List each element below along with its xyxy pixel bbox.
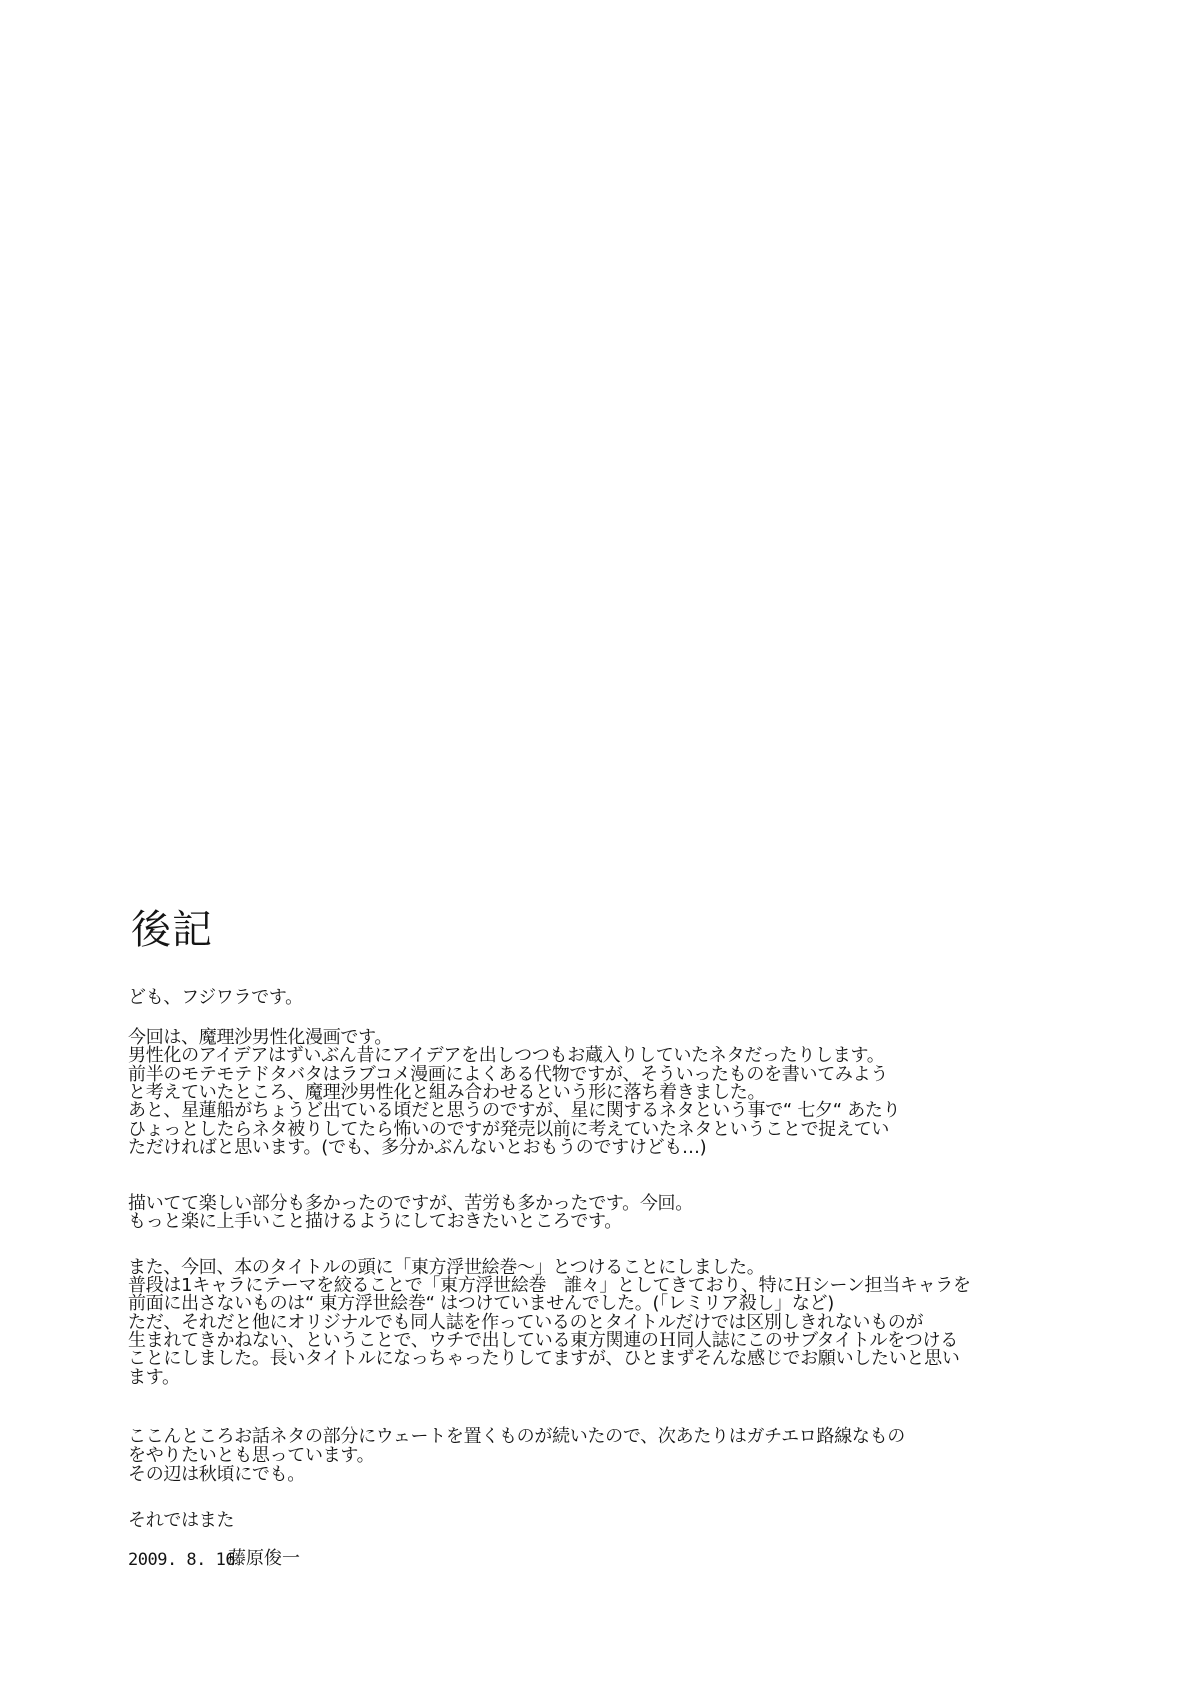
text-line: ます。 [128, 1368, 180, 1388]
author-signature: 藤原俊一 [228, 1549, 300, 1569]
text-line: ここんところお話ネタの部分にウェートを置くものが続いたので、次あたりはガチエロ路… [128, 1427, 905, 1447]
page-title: 後記 [131, 904, 213, 956]
text-line: 男性化のアイデアはずいぶん昔にアイデアを出しつつもお蔵入りしていたネタだったりし… [128, 1046, 884, 1066]
text-line: ただければと思います。(でも、多分かぶんないとおもうのですけども…) [128, 1138, 706, 1158]
greeting-line: ども、フジワラです。 [128, 988, 303, 1008]
date: 2009. 8. 16 [128, 1550, 235, 1570]
text-line: あと、星蓮船がちょうど出ている頃だと思うのですが、星に関するネタという事で“ 七… [128, 1101, 900, 1121]
text-line: もっと楽に上手いこと描けるようにしておきたいところです。 [128, 1212, 622, 1232]
text-line: その辺は秋頃にでも。 [128, 1465, 305, 1485]
text-line: をやりたいとも思っています。 [128, 1446, 374, 1466]
text-line: 前面に出さないものは“ 東方浮世絵巻“ はつけていませんでした。(「レミリア殺し… [128, 1294, 834, 1314]
closing-line: それではまた [128, 1511, 234, 1531]
text-line: ことにしました。長いタイトルになっちゃったりしてますが、ひとまずそんな感じでお願… [128, 1349, 960, 1369]
